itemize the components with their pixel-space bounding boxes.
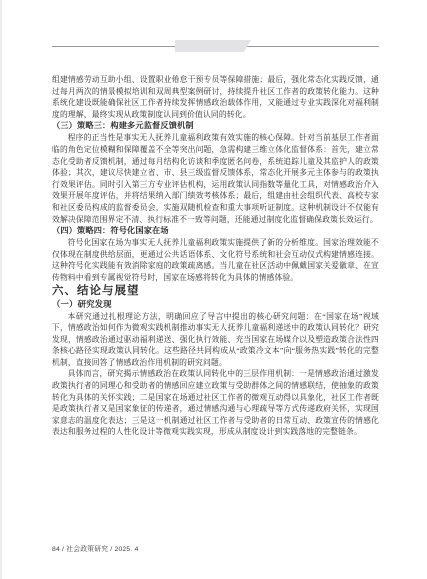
- paragraph-strategy-4: 符号化国家在场为事实无人抚养儿童福利政策实施提供了新的分析维度。国家治理效能不仅…: [52, 237, 379, 283]
- paragraph-findings-2: 具体而言，研究揭示情感政治在政策认同转化中的三层作用机制：一是情感政治通过激发政…: [52, 368, 379, 438]
- paragraph-continuation: 组建情感劳动互助小组、设置职业倦怠干预专员等保障措施；最后，强化常态化实践反馈，…: [52, 74, 379, 120]
- heading-section-6-conclusion: 六、结论与展望: [52, 284, 379, 299]
- heading-strategy-4: （四）策略四：符号化国家在场: [52, 225, 379, 237]
- page-footer: 84 / 社会政策研究 / 2025. 4: [52, 543, 139, 553]
- document-page: 组建情感劳动互助小组、设置职业倦怠干预专员等保障措施；最后，强化常态化实践反馈，…: [0, 0, 427, 579]
- article-body: 组建情感劳动互助小组、设置职业倦怠干预专员等保障措施；最后，强化常态化实践反馈，…: [52, 74, 379, 438]
- paragraph-findings-1: 本研究通过扎根理论方法，明确回应了导言中提出的核心研究问题：在“国家在场”视域下…: [52, 311, 379, 369]
- paragraph-strategy-3: 程序的正当性是事实无人抚养儿童福利政策有效实施的核心保障。针对当前基层工作者面临…: [52, 132, 379, 225]
- heading-research-findings: （一）研究发现: [52, 299, 379, 311]
- heading-strategy-3: （三）策略三：构建多元监督反馈机制: [52, 120, 379, 132]
- journal-logo-placeholder: [175, 40, 251, 52]
